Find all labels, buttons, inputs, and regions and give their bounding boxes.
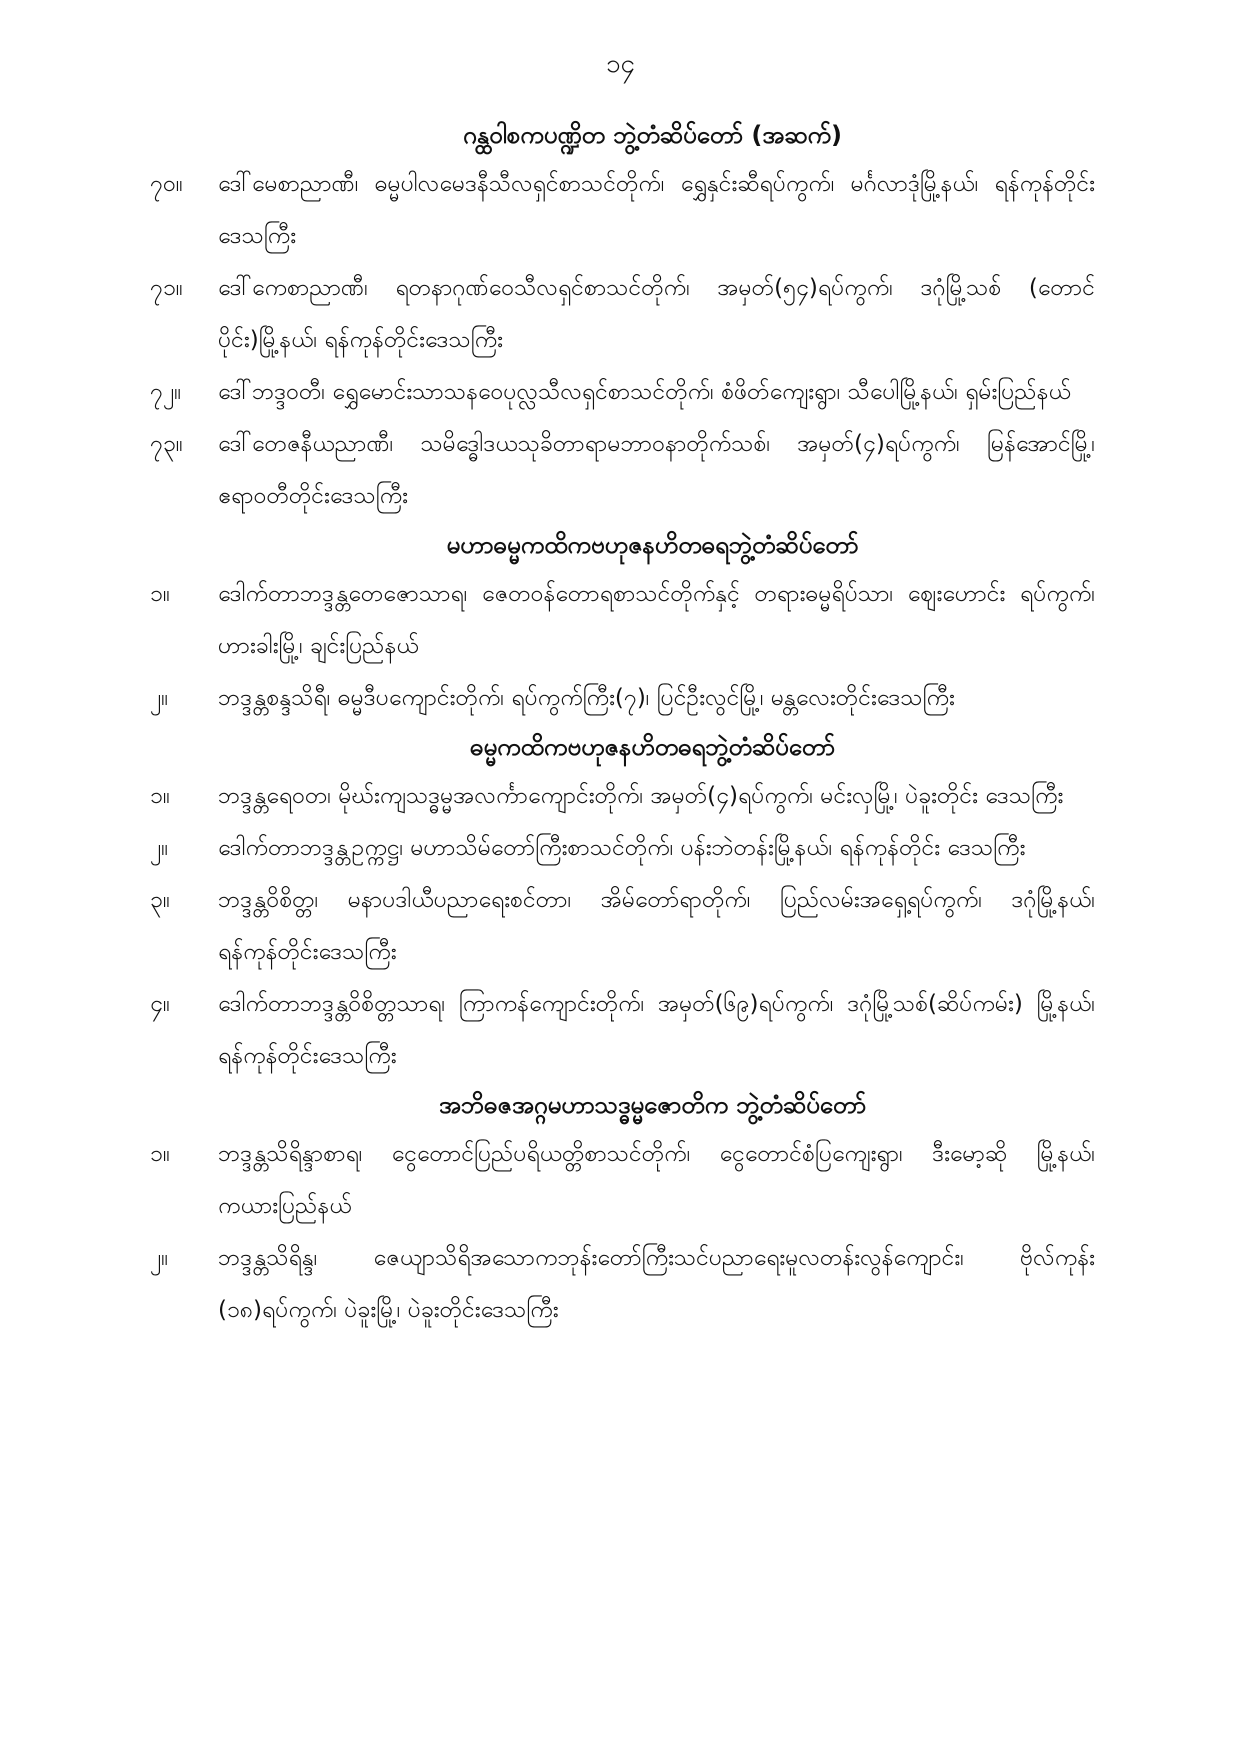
item-text: ဘဒ္ဒန္တရေဝတ၊ မိုဃ်းကျသဒ္ဓမ္မအလင်္ကာကျောင… [218, 770, 1095, 822]
list-item: ၇၁။ ဒေါ်ကေစာညာဏီ၊ ရတနာဂုဏ်ဝေသီလရှင်စာသင်… [150, 262, 1095, 366]
list-item: ၁။ ဘဒ္ဒန္တသိရိန္ဒာစာရ၊ ငွေတောင်ပြည်ပရိယတ… [150, 1128, 1095, 1232]
section-title: မဟာဓမ္မကထိကဗဟုဇနဟိတဓရဘွဲ့တံဆိပ်တော် [210, 522, 1095, 568]
page-number: ၁၄ [0, 48, 1241, 80]
list-item: ၇၂။ ဒေါ်ဘဒ္ဒဝတီ၊ ရွှေမောင်းသာသနဝေပုလ္လသီ… [150, 366, 1095, 418]
section-maha-dhammakathika: မဟာဓမ္မကထိကဗဟုဇနဟိတဓရဘွဲ့တံဆိပ်တော် ၁။ ဒ… [150, 522, 1095, 724]
list-item: ၂။ ဒေါက်တာဘဒ္ဒန္တဥက္ကဋ္ဌ၊ မဟာသိမ်တော်ကြီ… [150, 822, 1095, 874]
section-dhammakathika: ဓမ္မကထိကဗဟုဇနဟိတဓရဘွဲ့တံဆိပ်တော် ၁။ ဘဒ္ဒ… [150, 724, 1095, 1082]
item-number: ၇၂။ [150, 366, 218, 418]
item-text: ဘဒ္ဒန္တစန္ဒသိရီ၊ ဓမ္မဒီပကျောင်းတိုက်၊ ရပ… [218, 672, 1095, 724]
item-number: ၂။ [150, 822, 218, 874]
item-text: ဒေါက်တာဘဒ္ဒန္တဥက္ကဋ္ဌ၊ မဟာသိမ်တော်ကြီးစာ… [218, 822, 1095, 874]
list-item: ၇၃။ ဒေါ်တေဇနီယညာဏီ၊ သမိဒ္ဓေါဒယသုခိတာရာမဘ… [150, 418, 1095, 522]
item-number: ၁။ [150, 1128, 218, 1180]
item-text: ဘဒ္ဒန္တသိရိန္ဒာစာရ၊ ငွေတောင်ပြည်ပရိယတ္တိ… [218, 1128, 1095, 1232]
list-item: ၃။ ဘဒ္ဒန္တဝိစိတ္တ၊ မနာပဒါယီပညာရေးစင်တာ၊ … [150, 874, 1095, 978]
item-text: ဒေါ်ကေစာညာဏီ၊ ရတနာဂုဏ်ဝေသီလရှင်စာသင်တိုက… [218, 262, 1095, 366]
item-text: ဒေါ်ဘဒ္ဒဝတီ၊ ရွှေမောင်းသာသနဝေပုလ္လသီလရှင… [218, 366, 1095, 418]
item-number: ၁။ [150, 770, 218, 822]
item-text: ဒေါက်တာဘဒ္ဒန္တတေဇောသာရ၊ ဇေတဝန်တောရစာသင်တ… [218, 568, 1095, 672]
section-gandhavacaka: ဂန္ထဝါစကပဏ္ဍိတ ဘွဲ့တံဆိပ်တော် (အဆက်) ၇၀။… [150, 112, 1095, 522]
section-title: ဓမ္မကထိကဗဟုဇနဟိတဓရဘွဲ့တံဆိပ်တော် [210, 724, 1095, 770]
item-number: ၇၀။ [150, 158, 218, 210]
item-number: ၇၃။ [150, 418, 218, 470]
item-text: ဒေါက်တာဘဒ္ဒန္တဝိစိတ္တသာရ၊ ကြာကန်ကျောင်းတ… [218, 978, 1095, 1082]
section-title: အဘိဓဇအဂ္ဂမဟာသဒ္ဓမ္မဇောတိက ဘွဲ့တံဆိပ်တော် [210, 1082, 1095, 1128]
list-item: ၂။ ဘဒ္ဒန္တသိရိန္ဒ၊ ဇေယျာသိရိအသောကဘုန်းတေ… [150, 1232, 1095, 1336]
list-item: ၁။ ဒေါက်တာဘဒ္ဒန္တတေဇောသာရ၊ ဇေတဝန်တောရစာသ… [150, 568, 1095, 672]
section-title: ဂန္ထဝါစကပဏ္ဍိတ ဘွဲ့တံဆိပ်တော် (အဆက်) [210, 112, 1095, 158]
item-number: ၂။ [150, 1232, 218, 1284]
list-item: ၁။ ဘဒ္ဒန္တရေဝတ၊ မိုဃ်းကျသဒ္ဓမ္မအလင်္ကာကျ… [150, 770, 1095, 822]
list-item: ၇၀။ ဒေါ်မေစာညာဏီ၊ ဓမ္မပါလမေဒနီသီလရှင်စာသ… [150, 158, 1095, 262]
item-number: ၄။ [150, 978, 218, 1030]
item-text: ဒေါ်တေဇနီယညာဏီ၊ သမိဒ္ဓေါဒယသုခိတာရာမဘာဝနာ… [218, 418, 1095, 522]
item-number: ၃။ [150, 874, 218, 926]
document-page: ၁၄ ဂန္ထဝါစကပဏ္ဍိတ ဘွဲ့တံဆိပ်တော် (အဆက်) … [0, 0, 1241, 1753]
item-number: ၇၁။ [150, 262, 218, 314]
list-item: ၂။ ဘဒ္ဒန္တစန္ဒသိရီ၊ ဓမ္မဒီပကျောင်းတိုက်၊… [150, 672, 1095, 724]
item-number: ၁။ [150, 568, 218, 620]
item-text: ဘဒ္ဒန္တဝိစိတ္တ၊ မနာပဒါယီပညာရေးစင်တာ၊ အိမ… [218, 874, 1095, 978]
item-text: ဒေါ်မေစာညာဏီ၊ ဓမ္မပါလမေဒနီသီလရှင်စာသင်တိ… [218, 158, 1095, 262]
item-number: ၂။ [150, 672, 218, 724]
item-text: ဘဒ္ဒန္တသိရိန္ဒ၊ ဇေယျာသိရိအသောကဘုန်းတော်က… [218, 1232, 1095, 1336]
document-body: ဂန္ထဝါစကပဏ္ဍိတ ဘွဲ့တံဆိပ်တော် (အဆက်) ၇၀။… [150, 112, 1095, 1336]
list-item: ၄။ ဒေါက်တာဘဒ္ဒန္တဝိစိတ္တသာရ၊ ကြာကန်ကျောင… [150, 978, 1095, 1082]
section-abhidhaja-agga: အဘိဓဇအဂ္ဂမဟာသဒ္ဓမ္မဇောတိက ဘွဲ့တံဆိပ်တော်… [150, 1082, 1095, 1336]
